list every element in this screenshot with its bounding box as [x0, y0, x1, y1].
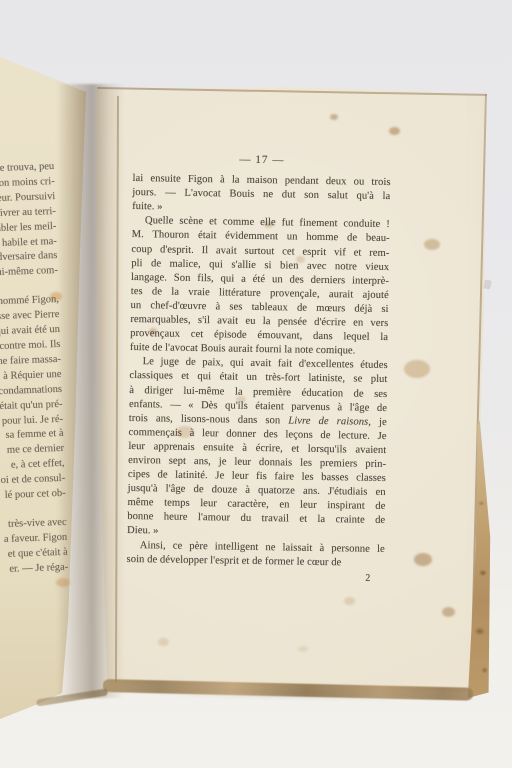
foxing-spot — [424, 239, 440, 250]
gutter-shadow — [58, 84, 124, 698]
foxing-spot — [404, 360, 430, 378]
foxing-spot — [330, 114, 338, 120]
paragraph: lai ensuite Figon à la maison pendant de… — [132, 172, 391, 218]
page-body-lines: lai ensuite Figon à la maison pendant de… — [126, 172, 390, 571]
fragment-group: nommé Figon,esse avec Pierrequi avait ét… — [0, 293, 66, 506]
paragraph: Quelle scène et comme elle fut finement … — [130, 214, 390, 359]
text-line: lé pour cet ob- — [0, 487, 66, 507]
foxing-spot — [442, 607, 455, 617]
foxing-spot — [344, 597, 355, 605]
book-photo: { "photo_subject": "antique book opened … — [0, 0, 512, 768]
text-line: lui-même com- — [0, 264, 58, 284]
paragraph: Ainsi, ce père intelligent ne laissait à… — [126, 538, 384, 570]
right-page-text: — 17 — lai ensuite Figon à la maison pen… — [126, 151, 391, 586]
fragment-group: e trouva, peuon moins cri-heur. Poursuiv… — [0, 160, 58, 284]
foxing-spot — [158, 638, 169, 646]
paragraph: Le juge de paix, qui avait fait d'excell… — [127, 355, 388, 542]
foxing-spot — [298, 646, 308, 652]
foxing-spot — [414, 553, 432, 566]
foxing-spot — [389, 127, 400, 135]
foxing-spot — [56, 578, 70, 587]
fragment-group: très-vive aveca faveur. Figonet que c'ét… — [0, 516, 69, 580]
page-number-header: — 17 — — [133, 151, 391, 169]
